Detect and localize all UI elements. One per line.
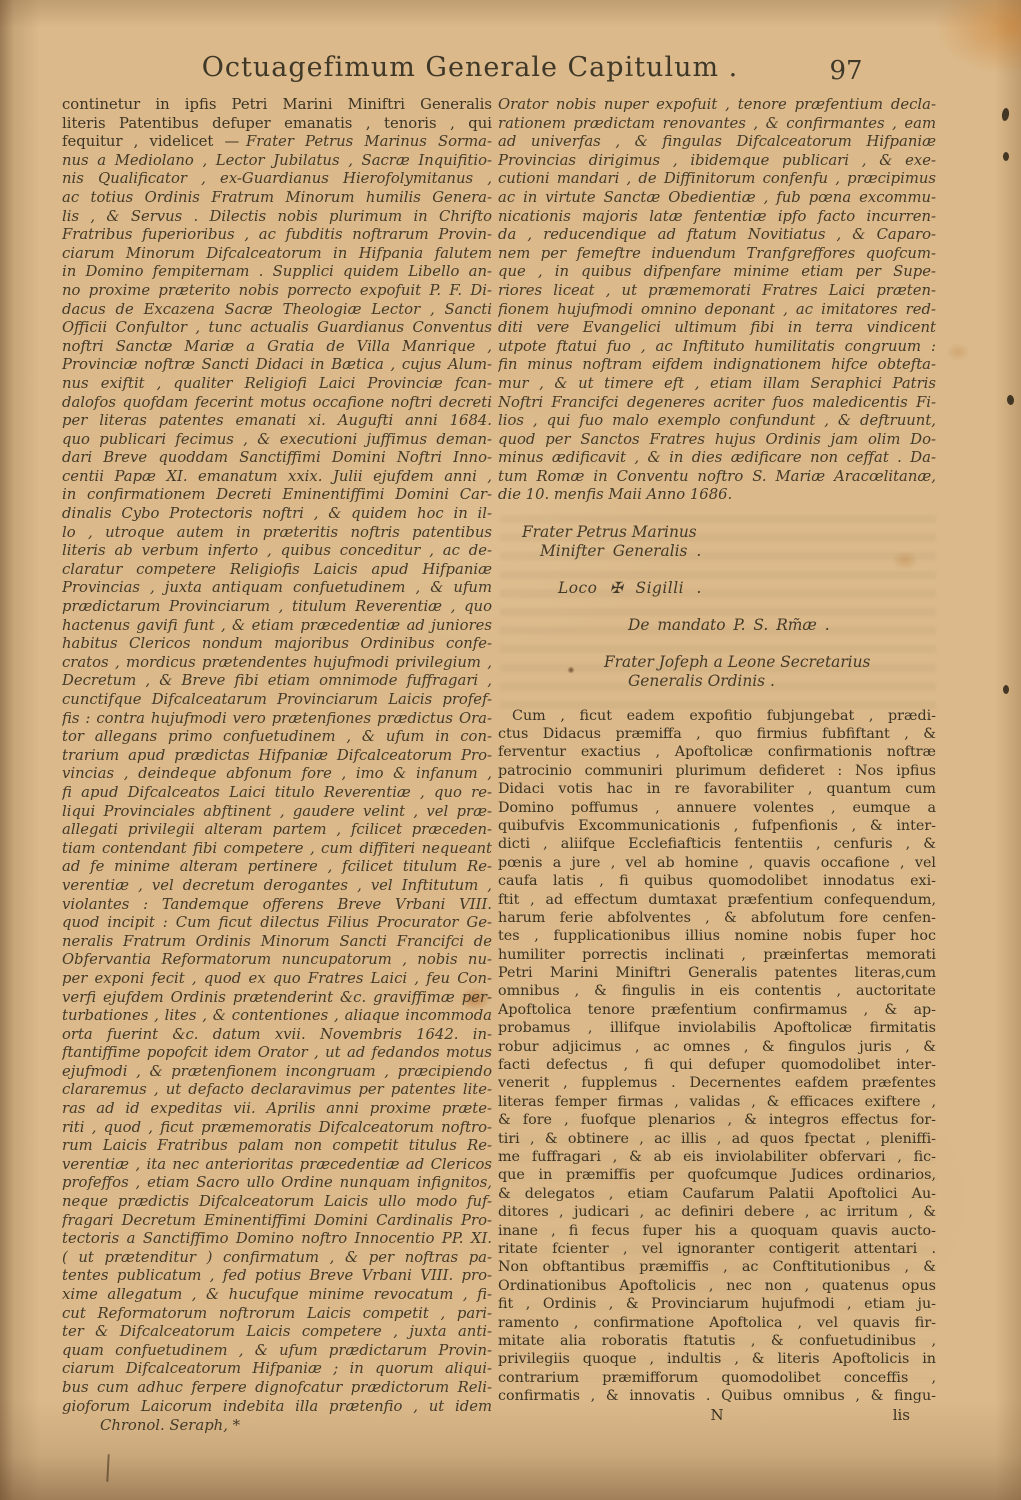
text-line: no proxime præterito nobis porrecto expo… xyxy=(62,282,492,301)
text-line: lo , utroque autem in præteritis noftris… xyxy=(62,524,492,543)
text-line: xime allegatum , & hucufque minime revoc… xyxy=(62,1286,492,1305)
page-edge-mark xyxy=(1003,685,1009,694)
loco-sigilli-seal-note: Loco ✠ Sigilli . xyxy=(498,579,936,598)
text-line: ac totius Ordinis Fratrum Minorum humili… xyxy=(62,189,492,208)
text-line: dari Breve quoddam Sanctiffimi Domini No… xyxy=(62,449,492,468)
text-line: ciarum Minorum Difcalceatorum in Hifpani… xyxy=(62,245,492,264)
text-line: orta fuerint &c. datum xvii. Novembris 1… xyxy=(62,1026,492,1045)
text-line: ctus Didacus præmiffa , quo firmius fubf… xyxy=(498,725,936,743)
paper-crease-mark xyxy=(106,1454,109,1482)
text-line: noftri Sanctæ Mariæ a Gratia de Villa Ma… xyxy=(62,338,492,357)
text-line: Didaci votis hac in re favorabiliter , q… xyxy=(498,780,936,798)
text-line: Obfervantia Reformatorum nuncupatorum , … xyxy=(62,951,492,970)
text-line: Apoftolica tenore præfentium confirmamus… xyxy=(498,1001,936,1019)
right-column: Orator nobis nuper expofuit , tenore præ… xyxy=(498,96,936,1425)
running-head-title: Octuagefimum Generale Capitulum . xyxy=(60,52,880,83)
text-line: da , reducendique ad ftatum Novitiatus ,… xyxy=(498,226,936,245)
text-line: ter & Difcalceatorum Laicis competere , … xyxy=(62,1323,492,1342)
text-line: privilegiis quoque , indultis , & literi… xyxy=(498,1350,936,1368)
text-line: ad fe minime alteram pertinere , fcilice… xyxy=(62,858,492,877)
text-line: tentes publicatum , fed potius Breve Vrb… xyxy=(62,1267,492,1286)
text-line: Provincias , juxta antiquam confuetudine… xyxy=(62,579,492,598)
text-line: Noftri Francifci degeneres acriter fuos … xyxy=(498,394,936,413)
mixed-line-roman-part: fequitur , videlicet — xyxy=(62,133,239,150)
text-line: verentiæ , vel decretum derogantes , vel… xyxy=(62,877,492,896)
text-line: profeffos , etiam Sacro ullo Ordine nunq… xyxy=(62,1174,492,1193)
text-line: rum Laicis Fratribus palam non competit … xyxy=(62,1137,492,1156)
text-line: centii Papæ XI. emanatum xxix. Julii eju… xyxy=(62,468,492,487)
text-line: ftit , ad effectum dumtaxat præfentium c… xyxy=(498,891,936,909)
text-line: Fratribus fuperioribus , ac fubditis nof… xyxy=(62,226,492,245)
text-line: Officii Confultor , tunc actualis Guardi… xyxy=(62,319,492,338)
patent-dateline: die 10. menfis Maii Anno 1686. xyxy=(498,486,936,505)
confirmation-text: Cum , ficut eadem expofitio fubjungebat … xyxy=(498,707,936,1406)
text-line: dinalis Cybo Protectoris noftri , & quid… xyxy=(62,505,492,524)
text-line: nicationis majoris latæ fententiæ ipfo f… xyxy=(498,208,936,227)
text-line: Domino poffumus , annuere volentes , eum… xyxy=(498,799,936,817)
text-line: dalofos quofdam fecerint motus occafione… xyxy=(62,394,492,413)
text-line: tes , fupplicationibus illius nomine nob… xyxy=(498,927,936,945)
text-line: lios , qui fuo malo exemplo confundunt ,… xyxy=(498,412,936,431)
signature-secretary-title: Generalis Ordinis . xyxy=(498,672,936,691)
left-column-mixed-line: fequitur , videlicet —Frater Petrus Mari… xyxy=(62,133,492,152)
text-line: probamus , illifque inviolabilis Apoftol… xyxy=(498,1019,936,1037)
text-line: & delegatos , etiam Caufarum Palatii Apo… xyxy=(498,1185,936,1203)
text-line: fis : contra hujufmodi vero prætenfiones… xyxy=(62,710,492,729)
text-line: violantes : Tandemque offerens Breve Vrb… xyxy=(62,896,492,915)
quire-signature-mark: N xyxy=(710,1406,723,1424)
text-line: ( ut prætenditur ) confirmatum , & per n… xyxy=(62,1249,492,1268)
text-line: robur adjicimus , ac omnes , & fingulos … xyxy=(498,1038,936,1056)
book-page: Octuagefimum Generale Capitulum . 97 con… xyxy=(0,0,1021,1500)
text-line: que , in quibus difpenfare minime etiam … xyxy=(498,263,936,282)
text-line: ftantiffime popofcit idem Orator , ut ad… xyxy=(62,1044,492,1063)
text-line: cutioni mandari , de Diffinitorum confen… xyxy=(498,170,936,189)
text-line: fragari Decretum Eminentiffimi Domini Ca… xyxy=(62,1212,492,1231)
text-line: dicti , aliifque Ecclefiafticis fententi… xyxy=(498,835,936,853)
text-line: ramento , confirmatione Apoftolica , vel… xyxy=(498,1314,936,1332)
text-line: tiri , & obtinere , ac illis , ad quos f… xyxy=(498,1130,936,1148)
signature-secretary: Frater Jofeph a Leone Secretarius xyxy=(498,653,936,672)
text-line: dacus de Excazena Sacræ Theologiæ Lector… xyxy=(62,301,492,320)
text-line: utpote ftatui fuo , ac Inftituto humilit… xyxy=(498,338,936,357)
text-line: fi apud Difcalceatos Laici titulo Revere… xyxy=(62,784,492,803)
mixed-line-italic-part: Frater Petrus Marinus Sorma- xyxy=(246,133,492,150)
text-line: minus ædificavit , & in dies ædificare n… xyxy=(498,449,936,468)
text-line: ditores , judicari , ac definiri debere … xyxy=(498,1203,936,1221)
text-line: pœnis a jure , vel ab homine , quavis oc… xyxy=(498,854,936,872)
text-line: tiam contendant fibi competere , cum dif… xyxy=(62,840,492,859)
text-line: quo publicari fecimus , & executioni juf… xyxy=(62,431,492,450)
text-line: mitate alia roboratis ftatutis , & confu… xyxy=(498,1332,936,1350)
text-line: in Domino fempiternam . Supplici quidem … xyxy=(62,263,492,282)
text-line: quod incipit : Cum ficut dilectus Filius… xyxy=(62,914,492,933)
text-line: nus a Mediolano , Lector Jubilatus , Sac… xyxy=(62,152,492,171)
left-column-body: nus a Mediolano , Lector Jubilatus , Sac… xyxy=(62,152,492,1416)
text-line: claratur competere Religiofis Laicis apu… xyxy=(62,561,492,580)
text-line: literas femper firmas , validas , & effi… xyxy=(498,1093,936,1111)
text-line: ciarum Difcalceatorum Hifpaniæ ; in quor… xyxy=(62,1360,492,1379)
text-line: humiliter porrectis inclinati , præinfer… xyxy=(498,946,936,964)
text-line: contrarium præmifforum quomodolibet conc… xyxy=(498,1369,936,1387)
text-line: neralis Fratrum Ordinis Minorum Sancti F… xyxy=(62,933,492,952)
catchword: lis xyxy=(893,1405,910,1425)
page-edge-mark xyxy=(1001,108,1010,122)
text-line: bus cum adhuc ferpere dignofcatur prædic… xyxy=(62,1379,492,1398)
text-line: trarium apud prædictas Hifpaniæ Difcalce… xyxy=(62,747,492,766)
signature-frater-petrus: Frater Petrus Marinus xyxy=(498,523,936,542)
text-line: continetur in ipfis Petri Marini Miniftr… xyxy=(62,96,492,115)
text-line: in confirmationem Decreti Eminentiffimi … xyxy=(62,486,492,505)
text-line: Ordinationibus Apoftolicis , nec non , q… xyxy=(498,1277,936,1295)
text-line: harum ferie abfolventes , & abfolutum fo… xyxy=(498,909,936,927)
text-line: que in præmiffis per quofcumque Judices … xyxy=(498,1166,936,1184)
text-line: turbationes , lites , & contentiones , a… xyxy=(62,1007,492,1026)
text-line: cut Reformatorum noftrorum Laicis compet… xyxy=(62,1305,492,1324)
text-line: riores liceat , ut præmemorati Fratres L… xyxy=(498,282,936,301)
text-line: literis Patentibus defuper emanatis , te… xyxy=(62,115,492,134)
text-line: riti , quod , ficut præmemoratis Difcalc… xyxy=(62,1119,492,1138)
de-mandato-note: De mandato P. S. Rm̃æ . xyxy=(498,616,936,635)
text-line: ejufmodi , & prætenfionem incongruam , p… xyxy=(62,1063,492,1082)
text-line: per literas patentes emanati xi. Augufti… xyxy=(62,412,492,431)
text-line: me fuffragari , & ab eis inviolabiliter … xyxy=(498,1148,936,1166)
text-line: liqui Provinciales abftinent , gaudere v… xyxy=(62,803,492,822)
text-line: verfi ejufdem Ordinis prætenderint &c. g… xyxy=(62,989,492,1008)
text-line: patrocinio communiri plurimum defideret … xyxy=(498,762,936,780)
left-column: continetur in ipfis Petri Marini Miniftr… xyxy=(62,96,492,1436)
text-line: diti vere Evangelici ultimum fibi in ter… xyxy=(498,319,936,338)
text-line: ad univerfas , & fingulas Difcalceatorum… xyxy=(498,133,936,152)
text-line: cunctifque Difcalceatarum Provinciarum L… xyxy=(62,691,492,710)
text-line: Orator nobis nuper expofuit , tenore præ… xyxy=(498,96,936,115)
text-line: Petri Marini Miniftri Generalis patentes… xyxy=(498,964,936,982)
text-line: ritate fcienter , vel ignoranter contige… xyxy=(498,1240,936,1258)
text-line: nem per femeftre induendum Tranfgreffore… xyxy=(498,245,936,264)
page-number: 97 xyxy=(806,56,886,86)
text-line: neque prædictis Difcalceatorum Laicis ul… xyxy=(62,1193,492,1212)
left-column-roman-intro: continetur in ipfis Petri Marini Miniftr… xyxy=(62,96,492,133)
text-line: inane , fi fecus fuper his a quoquam qua… xyxy=(498,1222,936,1240)
text-line: ac in virtute Sanctæ Obedientiæ , fub pœ… xyxy=(498,189,936,208)
text-line: lis , & Servus . Dilectis nobis plurimum… xyxy=(62,208,492,227)
text-line: prædictarum Provinciarum , titulum Rever… xyxy=(62,598,492,617)
text-line: cratos , mordicus prætendentes hujufmodi… xyxy=(62,654,492,673)
text-line: mur , & ut timere eft , etiam illam Sera… xyxy=(498,375,936,394)
text-line: quibufvis Excommunicationis , fufpenfion… xyxy=(498,817,936,835)
text-line: quam confuetudinem , & ufum prædictarum … xyxy=(62,1342,492,1361)
text-line: fin minus noftram eifdem indignationem h… xyxy=(498,356,936,375)
text-line: rationem prædictam renovantes , & confir… xyxy=(498,115,936,134)
text-line: hactenus gavifi funt , & etiam præcedent… xyxy=(62,617,492,636)
text-line: ferventur exactius , Apoftolicæ confirma… xyxy=(498,743,936,761)
text-line: omnibus , & fingulis in eis contentis , … xyxy=(498,982,936,1000)
footnote-citation: Chronol. Seraph, * xyxy=(62,1417,492,1436)
text-line: & fore , fuofque plenarios , & integros … xyxy=(498,1111,936,1129)
text-line: tum Romæ in Conventu noftro S. Mariæ Ara… xyxy=(498,468,936,487)
page-edge-mark xyxy=(1003,152,1009,161)
text-line: Cum , ficut eadem expofitio fubjungebat … xyxy=(498,707,936,725)
patent-letter-text: Orator nobis nuper expofuit , tenore præ… xyxy=(498,96,936,486)
text-line: literis ab verbum inferto , quibus conce… xyxy=(62,542,492,561)
quire-signature-line: N lis xyxy=(498,1405,936,1425)
page-edge-mark xyxy=(1006,395,1014,406)
text-line: fit , Ordinis , & Provinciarum hujufmodi… xyxy=(498,1295,936,1313)
text-line: ras ad id expeditas vii. Aprilis anni pr… xyxy=(62,1100,492,1119)
text-line: tor allegans primo confuetudinem , & ufu… xyxy=(62,728,492,747)
text-line: habitus Clericos nondum majoribus Ordini… xyxy=(62,635,492,654)
text-line: venerit , fupplemus . Decernentes eafdem… xyxy=(498,1074,936,1092)
text-line: per exponi fecit , quod ex quo Fratres L… xyxy=(62,970,492,989)
text-line: Non obftantibus præmiffis , ac Conftitut… xyxy=(498,1258,936,1276)
text-line: tectoris a Sanctiffimo Domino noftro Inn… xyxy=(62,1230,492,1249)
text-line: gioforum Laicorum indebita illa prætenfi… xyxy=(62,1398,492,1417)
text-line: facti defectus , fi qui defuper quomodol… xyxy=(498,1056,936,1074)
text-line: Decretum , & Breve fibi etiam omnimode f… xyxy=(62,672,492,691)
text-line: Provinciæ noftræ Sancti Didaci in Bætica… xyxy=(62,356,492,375)
text-line: verentiæ , ita nec anterioritas præceden… xyxy=(62,1156,492,1175)
text-line: Provincias dirigimus , ibidemque publica… xyxy=(498,152,936,171)
text-line: caufa latis , fi quibus quomodolibet inn… xyxy=(498,872,936,890)
text-line: quod per Sanctos Fratres hujus Ordinis j… xyxy=(498,431,936,450)
text-line: nus exiftit , qualiter Religiofi Laici P… xyxy=(62,375,492,394)
signature-minister-generalis: Minifter Generalis . xyxy=(498,542,936,561)
text-line: fionem hujufmodi omnino deponant , ac im… xyxy=(498,301,936,320)
text-line: vincias , deindeque abfonum fore , imo &… xyxy=(62,765,492,784)
text-line: nis Qualificator , ex-Guardianus Hierofo… xyxy=(62,170,492,189)
text-line: clararemus , ut defacto declaravimus per… xyxy=(62,1081,492,1100)
text-line: allegati privilegii alteram partem , fci… xyxy=(62,821,492,840)
text-line: confirmatis , & innovatis . Quibus omnib… xyxy=(498,1387,936,1405)
